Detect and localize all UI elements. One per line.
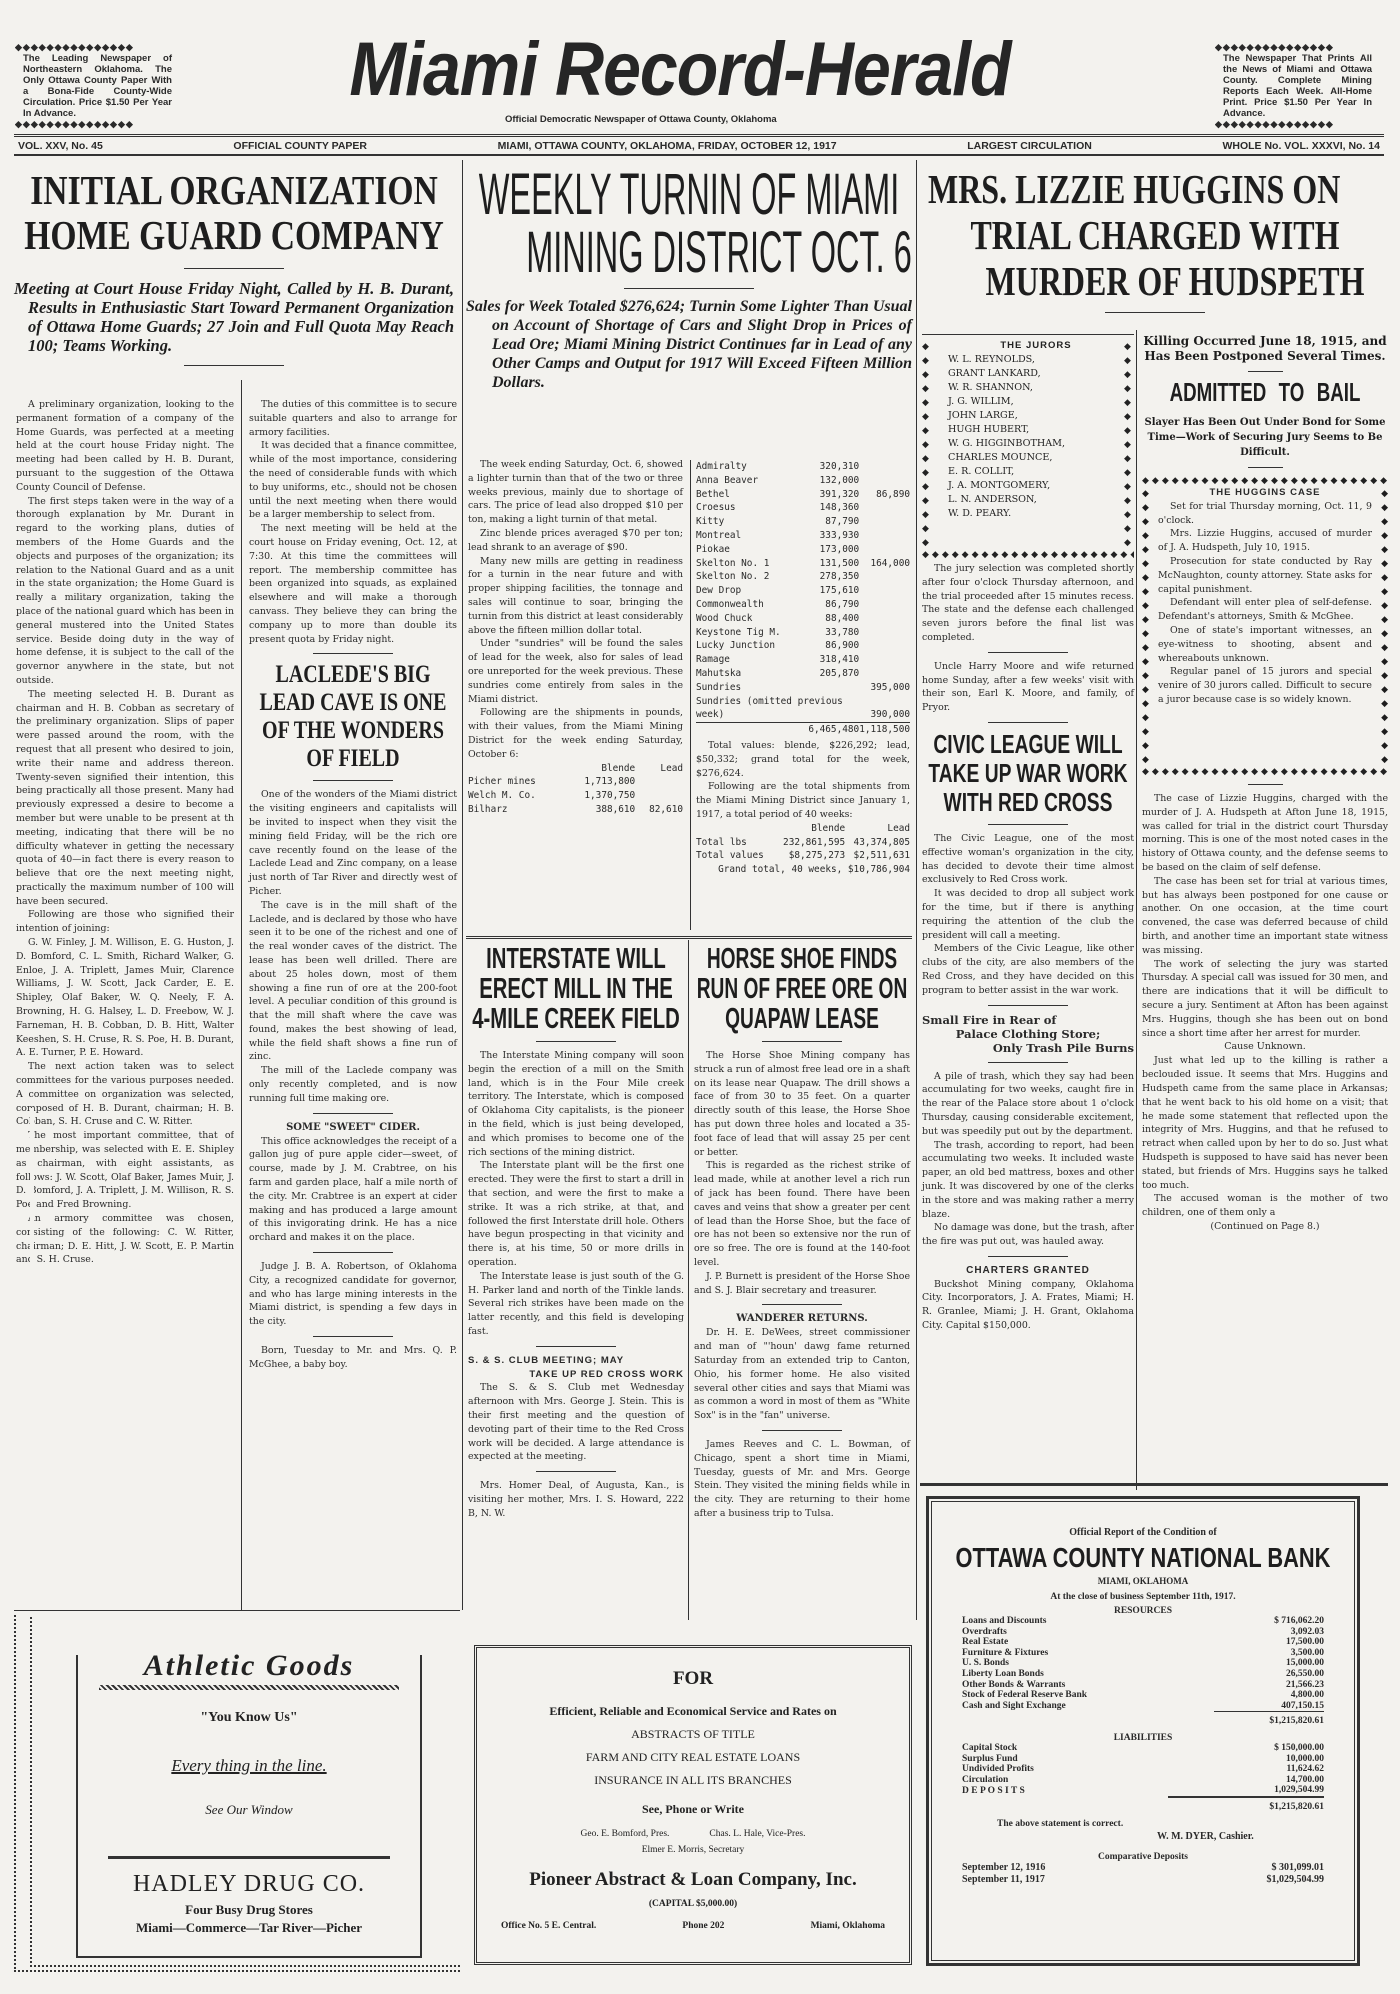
column-header: Lead xyxy=(845,822,910,836)
column-header: Lead xyxy=(635,762,683,776)
divider xyxy=(988,1256,1068,1257)
paragraph: G. W. Finley, J. M. Willison, E. G. Hust… xyxy=(16,936,234,1060)
left-ear-box: ◆◆◆◆◆◆◆◆◆◆◆◆◆◆◆ The Leading Newspaper of… xyxy=(15,42,180,130)
paragraph: Members of the Civic League, like other … xyxy=(922,942,1134,997)
lead-value xyxy=(859,612,910,626)
ad-line-4: INSURANCE IN ALL ITS BRANCHES xyxy=(477,1773,909,1788)
table-row: Stock of Federal Reserve Bank4,800.00 xyxy=(962,1690,1324,1701)
juror-name: E. R. COLLIT, xyxy=(948,465,1124,479)
dateline-bar: VOL. XXV, No. 45 OFFICIAL COUNTY PAPER M… xyxy=(14,134,1384,156)
table-row: Croesus148,360 xyxy=(696,501,910,515)
table-row: Sundries395,000 xyxy=(696,681,910,695)
paragraph: Defendant will enter plea of self-defens… xyxy=(1158,596,1372,624)
total-row: $1,215,820.61 xyxy=(962,1797,1324,1813)
ad-contact: See, Phone or Write xyxy=(477,1802,909,1817)
line-value: 1,029,504.99 xyxy=(1168,1785,1324,1797)
fire-headline-1: Small Fire in Rear of xyxy=(922,1013,1134,1027)
paragraph: The Interstate lease is just south of th… xyxy=(468,1270,684,1339)
paragraph: James Reeves and C. L. Bowman, of Chicag… xyxy=(694,1438,910,1521)
blende-value: 86,900 xyxy=(798,639,859,653)
blende-value: 175,610 xyxy=(798,584,859,598)
paragraph: A preliminary organization, looking to t… xyxy=(16,398,234,495)
resources-total: $1,215,820.61 xyxy=(1214,1712,1324,1727)
huggins-headline-1: MRS. LIZZIE HUGGINS ON xyxy=(920,166,1390,212)
table-row: Circulation14,700.00 xyxy=(962,1775,1324,1786)
spacer xyxy=(30,1108,34,1608)
divider xyxy=(313,780,393,781)
juror-name: W. G. HIGGINBOTHAM, xyxy=(948,437,1124,451)
official-paper: OFFICIAL COUNTY PAPER xyxy=(233,140,367,152)
paragraph: Set for trial Thursday morning, Oct. 11,… xyxy=(1158,500,1372,528)
mine-name: Bethel xyxy=(696,488,798,502)
turnin-col3: The week ending Saturday, Oct. 6, showed… xyxy=(468,458,683,817)
paragraph: The Interstate Mining company will soon … xyxy=(468,1049,684,1159)
blende-value: 320,310 xyxy=(798,460,859,474)
diamond-border-icon: ◆◆◆◆◆◆◆◆◆◆◆◆◆◆◆◆◆◆◆◆ xyxy=(1376,486,1388,766)
lead-value: 86,890 xyxy=(859,488,910,502)
lead-value xyxy=(859,667,910,681)
table-row: Undivided Profits11,624.62 xyxy=(962,1764,1324,1775)
line-label: Real Estate xyxy=(962,1637,1214,1648)
ad-officer-secretary: Elmer E. Morris, Secretary xyxy=(477,1845,909,1855)
lead-value xyxy=(859,639,910,653)
paragraph: The mill of the Laclede company was only… xyxy=(249,1064,457,1105)
blende-value: 318,410 xyxy=(798,653,859,667)
paragraph: Following are the total shipments from t… xyxy=(696,780,910,821)
diamond-border-icon: ◆◆◆◆◆◆◆◆◆◆◆◆◆◆◆ xyxy=(1124,339,1134,549)
paragraph: J. P. Burnett is president of the Horse … xyxy=(694,1270,910,1298)
mine-name: Anna Beaver xyxy=(696,474,798,488)
mine-name: Mahutska xyxy=(696,667,798,681)
ad-office: Office No. 5 E. Central. xyxy=(501,1921,596,1931)
blende-value: 333,930 xyxy=(798,529,859,543)
section-rule xyxy=(14,1610,460,1614)
ad-phone: Phone 202 xyxy=(682,1921,724,1931)
paragraph: The work of selecting the jury was start… xyxy=(1142,958,1388,1041)
lead-value xyxy=(635,789,683,803)
paragraph: The trash, according to report, had been… xyxy=(922,1139,1134,1222)
juror-name: W. R. SHANNON, xyxy=(948,381,1124,395)
ad-capital: (CAPITAL $5,000.00) xyxy=(477,1899,909,1909)
turnin-headline-2: MINING DISTRICT OCT. 6 xyxy=(495,224,943,282)
paragraph: The most important committee, that of me… xyxy=(16,1129,234,1212)
paragraph: Following are those who signified their … xyxy=(16,908,234,936)
lead-value: 43,374,805 xyxy=(845,836,910,850)
line-label: Capital Stock xyxy=(962,1743,1168,1754)
paragraph: The case has been set for trial at vario… xyxy=(1142,875,1388,958)
mine-name: Montreal xyxy=(696,529,798,543)
lead-value xyxy=(859,584,910,598)
paragraph: The meeting selected H. B. Durant as cha… xyxy=(16,688,234,909)
volume-number: VOL. XXV, No. 45 xyxy=(18,140,103,152)
continued-note: (Continued on Page 8.) xyxy=(1142,1220,1388,1234)
divider xyxy=(313,653,393,654)
pioneer-ad: FOR Efficient, Reliable and Economical S… xyxy=(474,1645,912,1965)
line-value: 11,624.62 xyxy=(1168,1764,1324,1775)
resources-table: Loans and Discounts$ 716,062.20 Overdraf… xyxy=(962,1616,1324,1727)
blende-value: 87,790 xyxy=(798,515,859,529)
blende-value: 1,713,800 xyxy=(564,775,636,789)
table-row: Ramage318,410 xyxy=(696,653,910,667)
lead-value: 395,000 xyxy=(859,681,910,695)
whole-number: WHOLE No. VOL. XXXVI, No. 14 xyxy=(1222,140,1380,152)
diamond-border-icon: ◆◆◆◆◆◆◆◆◆◆◆◆◆◆◆ xyxy=(1215,119,1380,130)
table-row: Liberty Loan Bonds26,550.00 xyxy=(962,1669,1324,1680)
jurors-box: ◆◆◆◆◆◆◆◆◆◆◆◆◆◆◆ THE JURORS W. L. REYNOLD… xyxy=(922,334,1134,1333)
comparative-title: Comparative Deposits xyxy=(929,1852,1357,1862)
home-guard-article: INITIAL ORGANIZATION HOME GUARD COMPANY … xyxy=(14,170,454,376)
divider xyxy=(313,1252,393,1253)
lead-value xyxy=(859,653,910,667)
line-label: September 11, 1917 xyxy=(962,1874,1176,1886)
huggins-headline-2: TRIAL CHARGED WITH xyxy=(920,212,1390,258)
mine-name: Keystone Tig M. xyxy=(696,626,798,640)
paragraph: An armory committee was chosen, consisti… xyxy=(16,1212,234,1267)
home-guard-deck: Meeting at Court House Friday Night, Cal… xyxy=(14,279,454,355)
divider xyxy=(762,1430,842,1431)
divider xyxy=(624,288,754,289)
blende-value: 33,780 xyxy=(798,626,859,640)
line-value: 26,550.00 xyxy=(1214,1669,1324,1680)
paragraph: This office acknowledges the receipt of … xyxy=(249,1135,457,1245)
diamond-border-icon: ◆◆◆◆◆◆◆◆◆◆◆◆◆◆◆ xyxy=(922,339,932,549)
liabilities-total: $1,215,820.61 xyxy=(1168,1797,1324,1813)
lead-value xyxy=(859,570,910,584)
row-label: Total lbs xyxy=(696,836,774,850)
totals-row: 6,465,4801,118,500 xyxy=(696,723,910,737)
ad-company: HADLEY DRUG CO. xyxy=(78,1871,420,1898)
divider xyxy=(184,268,284,269)
table-row: Wood Chuck88,400 xyxy=(696,612,910,626)
lead-value: 390,000 xyxy=(859,695,910,723)
table-row: Overdrafts3,092.03 xyxy=(962,1627,1324,1638)
total-lead: 1,118,500 xyxy=(859,723,910,737)
divider xyxy=(536,1346,616,1347)
huggins-col6: Killing Occurred June 18, 1915, and Has … xyxy=(1142,334,1388,1234)
ad-officer-vp: Chas. L. Hale, Vice-Pres. xyxy=(709,1829,805,1839)
line-label: Undivided Profits xyxy=(962,1764,1168,1775)
ad-locations: Miami—Commerce—Tar River—Picher xyxy=(78,1920,420,1936)
table-row: Cash and Sight Exchange407,150.15 xyxy=(962,1701,1324,1712)
line-value: 15,000.00 xyxy=(1214,1658,1324,1669)
section-rule xyxy=(920,1483,1388,1486)
fire-headline-3: Only Trash Pile Burns xyxy=(922,1041,1134,1055)
divider xyxy=(988,1062,1068,1063)
column-rule xyxy=(1136,330,1137,1490)
masthead-tagline: Official Democratic Newspaper of Ottawa … xyxy=(505,114,777,125)
line-value: 17,500.00 xyxy=(1214,1637,1324,1648)
lead-value xyxy=(635,775,683,789)
juror-name: GRANT LANKARD, xyxy=(948,367,1124,381)
table-row: U. S. Bonds15,000.00 xyxy=(962,1658,1324,1669)
paragraph: No damage was done, but the trash, after… xyxy=(922,1221,1134,1249)
turnin-article: WEEKLY TURNIN OF MIAMI MINING DISTRICT O… xyxy=(466,166,912,392)
paragraph: The Horse Shoe Mining company has struck… xyxy=(694,1049,910,1159)
divider xyxy=(536,1471,616,1472)
lead-value xyxy=(859,543,910,557)
year-shipments-table: BlendeLead Total lbs232,861,59543,374,80… xyxy=(696,822,910,863)
divider xyxy=(108,1856,390,1859)
diamond-border-icon: ◆◆◆◆◆◆◆◆◆◆◆◆◆◆◆◆◆◆◆◆◆◆◆◆◆◆◆◆◆ xyxy=(1142,475,1388,486)
paragraph: Just what led up to the killing is rathe… xyxy=(1142,1054,1388,1192)
huggins-deck-1: Killing Occurred June 18, 1915, and Has … xyxy=(1142,334,1388,364)
lead-value xyxy=(859,474,910,488)
paragraph: Prosecution for state conducted by Ray M… xyxy=(1158,555,1372,596)
charters-headline: CHARTERS GRANTED xyxy=(922,1264,1134,1278)
line-value: $ 150,000.00 xyxy=(1168,1743,1324,1754)
table-row: Mahutska205,870 xyxy=(696,667,910,681)
line-label: D E P O S I T S xyxy=(962,1785,1168,1797)
line-value: 3,092.03 xyxy=(1214,1627,1324,1638)
interstate-headline: INTERSTATE WILL ERECT MILL IN THE 4-MILE… xyxy=(468,944,685,1034)
paragraph: The Civic League, one of the most effect… xyxy=(922,832,1134,887)
mine-name: Piokae xyxy=(696,543,798,557)
mine-name: Wood Chuck xyxy=(696,612,798,626)
divider xyxy=(1248,784,1283,785)
diamond-border-icon: ◆◆◆◆◆◆◆◆◆◆◆◆◆◆◆◆◆◆◆◆ xyxy=(1142,486,1154,766)
masthead-title: Miami Record-Herald xyxy=(280,25,1080,112)
lead-value xyxy=(859,515,910,529)
ad-for: FOR xyxy=(477,1668,909,1690)
blende-value: 88,400 xyxy=(798,612,859,626)
table-row: Other Bonds & Warrants21,566.23 xyxy=(962,1680,1324,1691)
table-row: Loans and Discounts$ 716,062.20 xyxy=(962,1616,1324,1627)
column-rule xyxy=(688,940,689,1620)
lead-value xyxy=(859,626,910,640)
mine-name: Skelton No. 2 xyxy=(696,570,798,584)
divider xyxy=(988,1005,1068,1006)
table-row: Furniture & Fixtures3,500.00 xyxy=(962,1648,1324,1659)
ad-line-1: Efficient, Reliable and Economical Servi… xyxy=(477,1704,909,1719)
bank-date: At the close of business September 11th,… xyxy=(929,1592,1357,1602)
lead-value: 82,610 xyxy=(635,803,683,817)
divider xyxy=(1248,371,1283,372)
jury-selection: The jury selection was completed shortly… xyxy=(922,562,1134,1333)
paragraph: Mrs. Lizzie Huggins, accused of murder o… xyxy=(1158,527,1372,555)
paragraph: Dr. H. E. DeWees, street commissioner an… xyxy=(694,1326,910,1423)
divider xyxy=(313,1336,393,1337)
turnin-headline-1: WEEKLY TURNIN OF MIAMI xyxy=(465,166,913,224)
interstate-article: INTERSTATE WILL ERECT MILL IN THE 4-MILE… xyxy=(468,944,684,1521)
table-row: Anna Beaver132,000 xyxy=(696,474,910,488)
case-box-title: THE HUGGINS CASE xyxy=(1158,486,1372,500)
line-value: 21,566.23 xyxy=(1214,1680,1324,1691)
line-value: 10,000.00 xyxy=(1168,1754,1324,1765)
blende-value: 86,790 xyxy=(798,598,859,612)
table-row: Kitty87,790 xyxy=(696,515,910,529)
table-row: Sundries (omitted previous week)390,000 xyxy=(696,695,910,723)
line-label: Loans and Discounts xyxy=(962,1616,1214,1627)
table-row: Real Estate17,500.00 xyxy=(962,1637,1324,1648)
paragraph: The week ending Saturday, Oct. 6, showed… xyxy=(468,458,683,527)
total-blende: 6,465,480 xyxy=(798,723,859,737)
juror-name: HUGH HUBERT, xyxy=(948,423,1124,437)
laclede-headline: LACLEDE'S BIG LEAD CAVE IS ONE OF THE WO… xyxy=(249,661,457,773)
table-row: Skelton No. 2278,350 xyxy=(696,570,910,584)
blende-value: 388,610 xyxy=(564,803,636,817)
line-label: Cash and Sight Exchange xyxy=(962,1701,1214,1712)
home-guard-headline-1: INITIAL ORGANIZATION xyxy=(14,170,454,211)
right-ear-box: ◆◆◆◆◆◆◆◆◆◆◆◆◆◆◆ The Newspaper That Print… xyxy=(1215,42,1380,130)
grand-total: Grand total, 40 weeks, $10,786,904 xyxy=(696,863,910,877)
diamond-border-icon: ◆◆◆◆◆◆◆◆◆◆◆◆◆◆◆ xyxy=(15,119,180,130)
divider xyxy=(988,824,1068,825)
table-row: Capital Stock$ 150,000.00 xyxy=(962,1743,1324,1754)
huggins-deck-3: Slayer Has Been Out Under Bond for Some … xyxy=(1142,415,1388,460)
paragraph: The case of Lizzie Huggins, charged with… xyxy=(1142,792,1388,875)
paragraph: Mrs. Homer Deal, of Augusta, Kan., is vi… xyxy=(468,1479,684,1520)
paragraph: The first steps taken were in the way of… xyxy=(16,495,234,688)
cider-headline: SOME "SWEET" CIDER. xyxy=(249,1121,457,1135)
table-row: Skelton No. 1131,500164,000 xyxy=(696,557,910,571)
paragraph: Buckshot Mining company, Oklahoma City. … xyxy=(922,1278,1134,1333)
shipments-table-b: Admiralty320,310 Anna Beaver132,000 Beth… xyxy=(696,460,910,737)
hadley-ad: Athletic Goods "You Know Us" Every thing… xyxy=(76,1655,422,1958)
ss-club-headline-2: TAKE UP RED CROSS WORK xyxy=(468,1368,684,1382)
liabilities-title: LIABILITIES xyxy=(929,1733,1357,1743)
table-row: September 11, 1917$1,029,504.99 xyxy=(962,1874,1324,1886)
home-guard-headline-2: HOME GUARD COMPANY xyxy=(14,215,454,256)
blende-value: 173,000 xyxy=(798,543,859,557)
column-header: Blende xyxy=(564,762,636,776)
line-label: Overdrafts xyxy=(962,1627,1214,1638)
table-row: Total lbs232,861,59543,374,805 xyxy=(696,836,910,850)
paragraph: A pile of trash, which they say had been… xyxy=(922,1070,1134,1139)
line-value: 4,800.00 xyxy=(1214,1690,1324,1701)
bank-statement: Official Report of the Condition of OTTA… xyxy=(926,1496,1360,1966)
table-row: Montreal333,930 xyxy=(696,529,910,543)
column-rule xyxy=(690,460,691,930)
juror-name: L. N. ANDERSON, xyxy=(948,493,1124,507)
ad-ornament xyxy=(99,1685,399,1690)
ad-line: Every thing in the line. xyxy=(78,1756,420,1776)
shipments-table-a: BlendeLead Picher mines1,713,800 Welch M… xyxy=(468,762,683,817)
bank-cashier: W. M. DYER, Cashier. xyxy=(1157,1831,1357,1842)
lead-value xyxy=(859,460,910,474)
paragraph: One of state's important witnesses, an e… xyxy=(1158,624,1372,665)
ad-city: Miami, Oklahoma xyxy=(811,1921,885,1931)
home-guard-col1: A preliminary organization, looking to t… xyxy=(16,398,234,1608)
mine-name: Sundries (omitted previous week) xyxy=(696,695,859,723)
paragraph: Zinc blende prices averaged $70 per ton;… xyxy=(468,527,683,555)
table-row: Lucky Junction86,900 xyxy=(696,639,910,653)
circulation: LARGEST CIRCULATION xyxy=(967,140,1092,152)
paragraph: The accused woman is the mother of two c… xyxy=(1142,1192,1388,1220)
line-value: 407,150.15 xyxy=(1214,1701,1324,1712)
huggins-article: MRS. LIZZIE HUGGINS ON TRIAL CHARGED WIT… xyxy=(920,166,1390,313)
paragraph: The S. & S. Club met Wednesday afternoon… xyxy=(468,1381,684,1464)
column-rule xyxy=(916,160,917,1620)
paragraph: Regular panel of 15 jurors and special v… xyxy=(1158,665,1372,706)
home-guard-col2: The duties of this committee is to secur… xyxy=(249,398,457,1372)
turnin-totals: Total values: blende, $226,292; lead, $5… xyxy=(696,739,910,822)
paragraph: Following are the shipments in pounds, w… xyxy=(468,706,683,761)
bank-name: OTTAWA COUNTY NATIONAL BANK xyxy=(940,1544,1346,1572)
line-value: 14,700.00 xyxy=(1168,1775,1324,1786)
divider xyxy=(762,1304,842,1305)
row-label: Total values xyxy=(696,849,774,863)
horse-shoe-article: HORSE SHOE FINDS RUN OF FREE ORE ON QUAP… xyxy=(694,944,910,1521)
juror-name: W. L. REYNOLDS, xyxy=(948,353,1124,367)
mine-name: Ramage xyxy=(696,653,798,667)
wanderer-headline: WANDERER RETURNS. xyxy=(694,1312,910,1326)
lead-value xyxy=(859,529,910,543)
paragraph: The Interstate plant will be the first o… xyxy=(468,1159,684,1269)
mine-name: Welch M. Co. xyxy=(468,789,564,803)
paragraph: This is regarded as the richest strike o… xyxy=(694,1159,910,1269)
fire-headline-2: Palace Clothing Store; xyxy=(922,1027,1134,1041)
line-label: Stock of Federal Reserve Bank xyxy=(962,1690,1214,1701)
divider xyxy=(762,1041,842,1042)
divider xyxy=(184,365,284,366)
paragraph: Uncle Harry Moore and wife returned home… xyxy=(922,660,1134,715)
blende-value: 391,320 xyxy=(798,488,859,502)
line-value: $ 301,099.01 xyxy=(1176,1862,1324,1874)
mine-name: Picher mines xyxy=(468,775,564,789)
huggins-headline-3: MURDER OF HUDSPETH xyxy=(940,258,1400,304)
ad-line-3: FARM AND CITY REAL ESTATE LOANS xyxy=(477,1750,909,1765)
right-ear-text: The Newspaper That Prints All the News o… xyxy=(1215,53,1380,119)
ad-slogan: "You Know Us" xyxy=(78,1710,420,1726)
table-row: Keystone Tig M.33,780 xyxy=(696,626,910,640)
divider xyxy=(536,1041,616,1042)
blende-value: 132,000 xyxy=(798,474,859,488)
column-header: Blende xyxy=(774,822,845,836)
divider xyxy=(988,722,1068,723)
juror-name: J. A. MONTGOMERY, xyxy=(948,479,1124,493)
paragraph: Judge J. B. A. Robertson, of Oklahoma Ci… xyxy=(249,1260,457,1329)
paragraph: The jury selection was completed shortly… xyxy=(922,562,1134,645)
juror-name: CHARLES MOUNCE, xyxy=(948,451,1124,465)
paragraph: Under "sundries" will be found the sales… xyxy=(468,637,683,706)
line-label: September 12, 1916 xyxy=(962,1862,1176,1874)
paragraph: Many new mills are getting in readiness … xyxy=(468,555,683,638)
table-row: D E P O S I T S1,029,504.99 xyxy=(962,1785,1324,1797)
huggins-deck-2: ADMITTED TO BAIL xyxy=(1143,379,1388,405)
column-rule xyxy=(462,160,463,1610)
mine-name: Croesus xyxy=(696,501,798,515)
left-ear-text: The Leading Newspaper of Northeastern Ok… xyxy=(15,53,180,119)
mine-name: Sundries xyxy=(696,681,798,695)
paragraph: The cave is in the mill shaft of the Lac… xyxy=(249,899,457,1065)
mine-name: Bilharz xyxy=(468,803,564,817)
line-label: Circulation xyxy=(962,1775,1168,1786)
diamond-border-icon: ◆◆◆◆◆◆◆◆◆◆◆◆◆◆◆ xyxy=(1215,42,1380,53)
ad-title: Athletic Goods xyxy=(78,1649,420,1683)
divider xyxy=(1248,467,1283,468)
civic-headline: CIVIC LEAGUE WILL TAKE UP WAR WORK WITH … xyxy=(921,730,1136,817)
paragraph: Born, Tuesday to Mr. and Mrs. Q. P. McGh… xyxy=(249,1344,457,1372)
blende-value: 278,350 xyxy=(798,570,859,584)
newspaper-page: ◆◆◆◆◆◆◆◆◆◆◆◆◆◆◆ The Leading Newspaper of… xyxy=(0,0,1400,1994)
blende-value: 148,360 xyxy=(798,501,859,515)
line-label: Liberty Loan Bonds xyxy=(962,1669,1214,1680)
bank-attest: The above statement is correct. xyxy=(997,1819,1357,1829)
ad-company: Pioneer Abstract & Loan Company, Inc. xyxy=(477,1869,909,1891)
ad-line-2: ABSTRACTS OF TITLE xyxy=(477,1727,909,1742)
mine-name: Lucky Junction xyxy=(696,639,798,653)
horse-shoe-headline: HORSE SHOE FINDS RUN OF FREE ORE ON QUAP… xyxy=(693,944,911,1034)
ad-window: See Our Window xyxy=(78,1802,420,1818)
table-row: Picher mines1,713,800 xyxy=(468,775,683,789)
mine-name: Kitty xyxy=(696,515,798,529)
huggins-story: The case of Lizzie Huggins, charged with… xyxy=(1142,792,1388,1234)
blende-value: 205,870 xyxy=(798,667,859,681)
blende-value: 1,370,750 xyxy=(564,789,636,803)
blende-value xyxy=(798,681,859,695)
paragraph: The duties of this committee is to secur… xyxy=(249,398,457,439)
ad-stores: Four Busy Drug Stores xyxy=(78,1902,420,1918)
